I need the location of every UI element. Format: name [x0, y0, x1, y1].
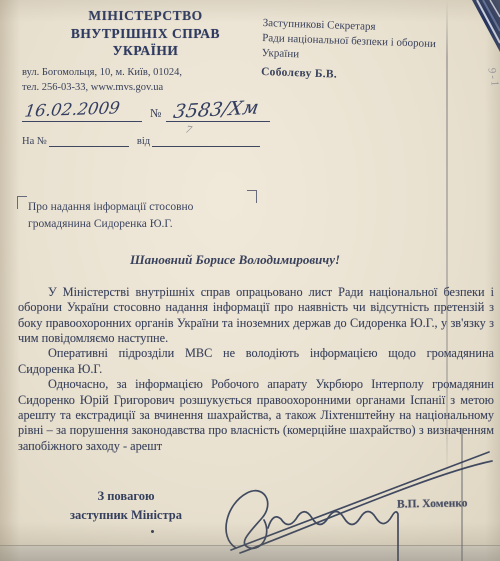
blank-line [152, 134, 260, 147]
body-paragraph: У Міністерстві внутрішніх справ опрацьов… [18, 285, 494, 346]
subject-line: громадянина Сидоренка Ю.Г. [28, 216, 246, 233]
recipient-block: Заступникові Секретаря Ради національної… [261, 16, 460, 87]
ink-dot [151, 530, 154, 533]
letter-body: У Міністерстві внутрішніх справ опрацьов… [18, 285, 494, 454]
closing-line: З повагою [40, 487, 212, 506]
body-paragraph: Одночасно, за інформацією Робочого апара… [18, 377, 494, 454]
reply-reference-row: На № від [22, 134, 260, 147]
signer-name: В.П. Хоменко [397, 497, 468, 510]
on-number-label: На № [22, 136, 47, 147]
closing-block: З повагою заступник Міністра [40, 487, 212, 525]
ministry-title-line: ВНУТРІШНІХ СПРАВ [28, 25, 263, 43]
salutation: Шановний Борисе Володимировичу! [30, 252, 440, 268]
recipient-name: Соболєву Б.В. [261, 64, 458, 87]
ministry-title: МІНІСТЕРСТВО ВНУТРІШНІХ СПРАВ УКРАЇНИ [28, 7, 263, 60]
address-line: тел. 256-03-33, www.mvs.gov.ua [22, 81, 262, 96]
subject-block: Про надання інформації стосовно громадян… [28, 199, 246, 234]
scan-edge-bottom [0, 545, 500, 561]
ministry-address: вул. Богомольця, 10, м. Київ, 01024, тел… [22, 66, 262, 95]
closing-line: заступник Міністра [40, 506, 212, 525]
from-label: від [137, 136, 150, 147]
margin-handwriting: 9-1 [486, 67, 500, 90]
fold-crease [461, 428, 463, 561]
date-underline: 16.02.2009 [22, 100, 142, 122]
scanned-letter-page: МІНІСТЕРСТВО ВНУТРІШНІХ СПРАВ УКРАЇНИ ву… [0, 0, 500, 561]
corner-cover-edge [466, 0, 500, 56]
corner-bracket-left [17, 196, 27, 209]
reference-row: 16.02.2009 № 3583/Хм [22, 99, 270, 122]
ministry-title-line: УКРАЇНИ [28, 42, 263, 60]
subject-line: Про надання інформації стосовно [28, 199, 246, 216]
handwritten-date: 16.02.2009 [20, 98, 121, 120]
number-sign: № [150, 106, 161, 121]
ministry-title-line: МІНІСТЕРСТВО [28, 7, 263, 25]
corner-bracket-right [247, 190, 257, 203]
fold-crease [446, 0, 448, 480]
address-line: вул. Богомольця, 10, м. Київ, 01024, [22, 66, 262, 81]
number-underline: 3583/Хм [166, 99, 270, 122]
blank-line [49, 134, 129, 147]
handwritten-number: 3583/Хм [164, 97, 260, 124]
body-paragraph: Оперативні підрозділи МВС не володіють і… [18, 346, 494, 377]
